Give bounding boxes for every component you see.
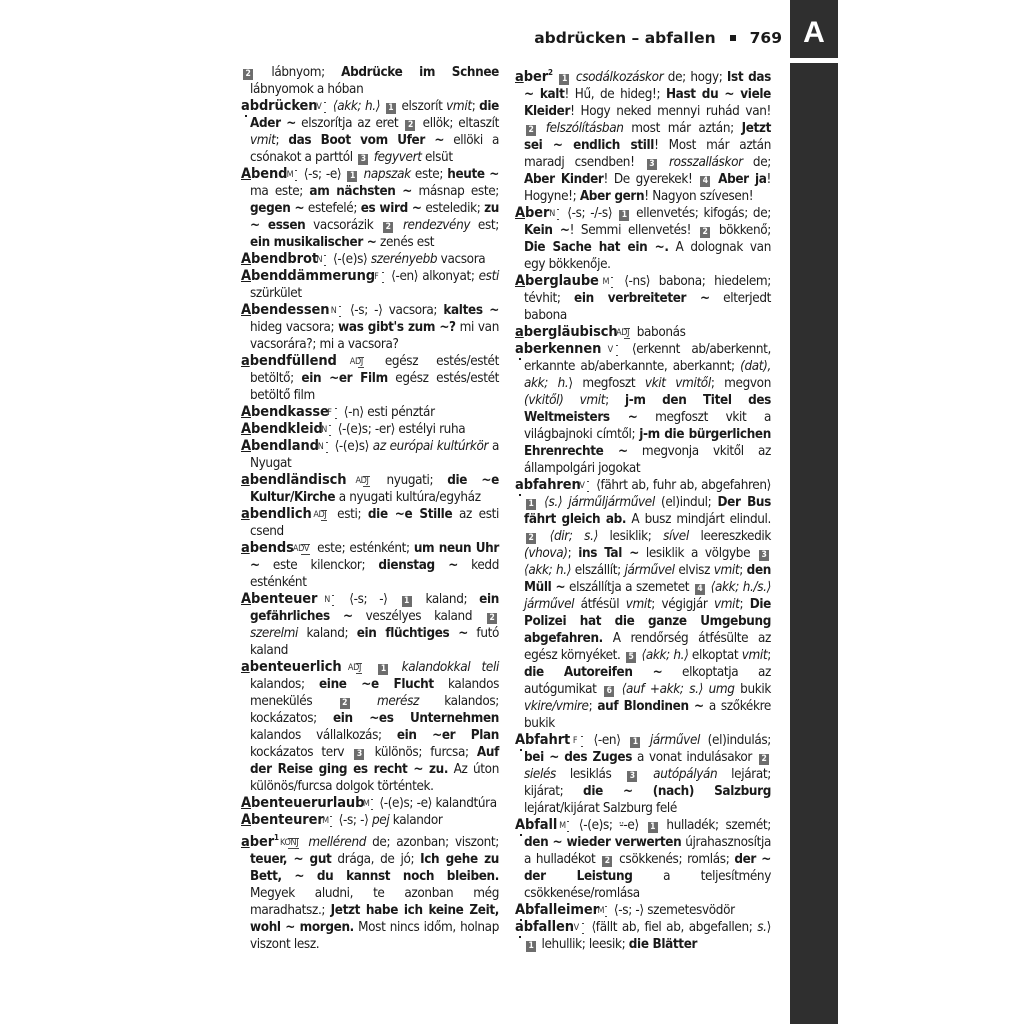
thumb-tab-letter: A (790, 16, 838, 50)
headword: abendfüllend (241, 353, 337, 369)
usage-label: ⟨auf +akk; s.⟩ umg (622, 682, 735, 697)
usage-label: esti (479, 269, 499, 284)
example-phrase: auf Blondinen ~ (597, 699, 703, 714)
definition-text: ⟨-s; -⟩ vacsora; (350, 303, 443, 318)
headword: abenteuerlich (241, 659, 342, 675)
definition-text (395, 218, 403, 233)
usage-label: az európai kultúrkör (373, 439, 488, 454)
stress-mark: a (241, 834, 250, 850)
definition-text: bökkenő; (712, 223, 771, 238)
headword-text: bendbrot (251, 251, 318, 267)
headword: abfallen (515, 919, 574, 935)
part-of-speech-label: N (324, 255, 326, 266)
definition-text: zenés est (377, 235, 435, 250)
sense-number-icon: 1 (619, 210, 629, 221)
stress-mark: a (241, 506, 250, 522)
stress-mark: A (241, 404, 251, 420)
sense-number-icon: 3 (354, 749, 364, 760)
dictionary-entry: Aber N ⟨-s; -/-s⟩ 1 ellenvetés; kifogás;… (515, 205, 771, 273)
definition-text: estefelé; (304, 201, 361, 216)
stress-mark: A (515, 205, 525, 221)
headword: abdrücken (241, 98, 317, 114)
usage-label: kalandokkal teli (402, 660, 499, 675)
example-phrase: ein ~es Unternehmen (333, 711, 499, 726)
example-phrase: Abdrücke im Schnee (341, 65, 499, 80)
definition-text: most már aztán; (624, 121, 742, 136)
definition-text: ⟩ (767, 920, 771, 935)
definition-text: másnap este; (412, 184, 499, 199)
example-phrase: ein ~er Film (301, 371, 387, 386)
example-phrase: den ~ wieder verwerten (524, 835, 681, 850)
usage-label: fegyvert (374, 150, 422, 165)
sense-number-icon: 1 (559, 74, 569, 85)
stress-mark: a (241, 353, 250, 369)
definition-text: ; (740, 597, 750, 612)
usage-label: rosszalláskor (669, 155, 743, 170)
headword-text: bendessen (251, 302, 329, 318)
stress-mark: A (515, 273, 525, 289)
dictionary-entry: aberkennen V ⟨erkennt ab/aberkennt, erka… (515, 341, 771, 477)
headword-text: bfallen (524, 919, 574, 935)
example-phrase: ein flüchtiges ~ (357, 626, 468, 641)
dictionary-entry: abfahren V ⟨fährt ab, fuhr ab, abgefahre… (515, 477, 771, 732)
definition-text: ⟩ megfoszt (568, 376, 645, 391)
sense-number-icon: 4 (695, 584, 705, 595)
headword: abendländisch (241, 472, 346, 488)
stress-mark: A (241, 438, 251, 454)
stress-mark: a (515, 341, 524, 357)
definition-text: elvisz (675, 563, 714, 578)
definition-text: lejárat/kijárat Salzburg felé (524, 801, 677, 816)
sense-number-icon: 5 (626, 652, 636, 663)
sense-number-icon: 3 (627, 771, 637, 782)
usage-label: napszak (364, 167, 411, 182)
dictionary-entry: Abendkleid N ⟨-(e)s; -er⟩ estélyi ruha (241, 421, 499, 438)
dictionary-entry: Abfalleimer M ⟨-s; -⟩ szemetesvödör (515, 902, 771, 919)
dictionary-entry: abenteuerlich ADJ 1 kalandokkal teli kal… (241, 659, 499, 795)
headword: Abenteuer (241, 591, 317, 607)
headword-text: benddämmerung (251, 268, 375, 284)
part-of-speech-label: V (616, 345, 618, 356)
definition-text: ⟨fällt ab, fiel ab, abgefallen; (591, 920, 757, 935)
definition-text: lehullik; leesik; (538, 937, 629, 952)
definition-text: ⟨-(e)s⟩ (335, 439, 373, 454)
dictionary-entry: abfallen V ⟨fällt ab, fiel ab, abgefalle… (515, 919, 771, 953)
definition-text: ; (767, 648, 771, 663)
page-number: 769 (750, 29, 782, 47)
usage-label: ⟨dir; s.⟩ (550, 529, 598, 544)
homonym-number: 2 (548, 68, 553, 77)
headword-text: bendkleid (251, 421, 323, 437)
headword: Aber (515, 205, 549, 221)
example-phrase: die Autoreifen ~ (524, 665, 662, 680)
definition-text: lesiklik a völgybe (639, 546, 757, 561)
definition-text (538, 121, 546, 136)
part-of-speech-label: N (332, 595, 334, 606)
headword-text: benteuerlich (250, 659, 342, 675)
headword: abergläubisch (515, 324, 618, 340)
stress-mark: A (241, 421, 251, 437)
example-phrase: ein ~er Plan (397, 728, 499, 743)
definition-text: A busz mindjárt elindul. (626, 512, 771, 527)
definition-text: csökkenés; romlás; (614, 852, 734, 867)
stress-mark: A (241, 166, 251, 182)
left-column: 2 lábnyom; Abdrücke im Schnee lábnyomok … (241, 64, 499, 953)
example-phrase: Aber ja (718, 172, 766, 187)
definition-text: drága, de jó; (331, 852, 420, 867)
dictionary-entry: Aberglaube M ⟨-ns⟩ babona; hiedelem; tév… (515, 273, 771, 324)
definition-text: elszállít; (571, 563, 624, 578)
example-phrase: die Blätter (629, 937, 697, 952)
definition-text: lábnyomok a hóban (250, 82, 363, 97)
right-column: aber2 1 csodálkozáskor de; hogy; Ist das… (515, 64, 771, 953)
usage-label: vmit (250, 133, 276, 148)
headword: Abfahrt (515, 732, 570, 748)
dictionary-entry: 2 lábnyom; Abdrücke im Schnee lábnyomok … (241, 64, 499, 98)
usage-label: vkit vmitől (645, 376, 711, 391)
definition-text: elsüt (422, 150, 453, 165)
example-phrase: die ~e Stille (368, 507, 452, 522)
headword-text: berglaube (525, 273, 599, 289)
usage-label: merész (377, 694, 419, 709)
stress-mark: a (241, 659, 250, 675)
example-phrase: gegen ~ (250, 201, 304, 216)
definition-text: lesiklás (556, 767, 625, 782)
definition-text: ⟨-s; -⟩ szemetesvödör (614, 903, 735, 918)
headword-text: bend (251, 166, 287, 182)
usage-label: (vhova) (524, 546, 568, 561)
definition-text: de; azonban; viszont; (366, 835, 499, 850)
example-phrase: was gibt's zum ~? (338, 320, 456, 335)
part-of-speech-label: M (605, 906, 607, 917)
usage-label: felszólításban (546, 121, 624, 136)
usage-label: vmit (626, 597, 652, 612)
headword-text: ber (250, 834, 274, 850)
part-of-speech-label: ADJ (321, 510, 327, 521)
part-of-speech-label: M (295, 170, 297, 181)
definition-text: ⟨-(e)s⟩ (333, 252, 371, 267)
stress-mark: a (241, 472, 250, 488)
example-phrase: Die Sache hat ein ~. (524, 240, 669, 255)
part-of-speech-label: ADJ (358, 357, 364, 368)
dictionary-entry: abends ADV este; esténként; um neun Uhr … (241, 540, 499, 591)
usage-label: sielés (524, 767, 556, 782)
usage-label: ⟨s.⟩ járműljárművel (544, 495, 655, 510)
definition-text: elszorítja az eret (296, 116, 404, 131)
headword: aberkennen (515, 341, 601, 357)
definition-text: elkoptat (688, 648, 741, 663)
definition-text: vacsora (437, 252, 485, 267)
dictionary-entry: abdrücken V ⟨akk; h.⟩ 1 elszorít vmit; d… (241, 98, 499, 166)
definition-text: leereszkedik (689, 529, 771, 544)
usage-label: szerelmi (250, 626, 298, 641)
definition-text: kaland; (298, 626, 357, 641)
part-of-speech-label: ADJ (624, 328, 630, 339)
usage-label: rendezvény (403, 218, 470, 233)
sense-number-icon: 3 (647, 159, 657, 170)
headword: abends (241, 540, 294, 556)
running-head-title: abdrücken – abfallen (534, 29, 715, 47)
definition-text: ! Hű, de hideg!; (565, 87, 666, 102)
part-of-speech-label: M (330, 816, 332, 827)
stress-mark: A (241, 268, 251, 284)
part-of-speech-label: V (587, 481, 589, 492)
headword: Abendbrot (241, 251, 318, 267)
definition-text: kockázatos terv (250, 745, 352, 760)
definition-text: est; (470, 218, 499, 233)
dictionary-entry: Abendkasse F ⟨-n⟩ esti pénztár (241, 404, 499, 421)
part-of-speech-label: N (339, 306, 341, 317)
dictionary-entry: abendländisch ADJ nyugati; die ~e Kultur… (241, 472, 499, 506)
headword-text: benteurer (251, 812, 324, 828)
stress-mark: A (515, 902, 525, 918)
dictionary-entry: Abenteuer N ⟨-s; -⟩ 1 kaland; ein gefähr… (241, 591, 499, 659)
example-phrase: ein verbreiteter ~ (574, 291, 710, 306)
example-phrase: bei ~ des Zuges (524, 750, 632, 765)
part-of-speech-label: M (567, 821, 569, 832)
definition-text: ; (472, 99, 479, 114)
part-of-speech-label: ADV (301, 544, 310, 555)
dictionary-entry: Abenddämmerung F ⟨-en⟩ alkonyat; esti sz… (241, 268, 499, 302)
definition-text: ⟨-n⟩ esti pénztár (344, 405, 435, 420)
example-phrase: am nächsten ~ (309, 184, 412, 199)
definition-text: ⟨fährt ab, fuhr ab, abgefahren⟩ (596, 478, 771, 493)
sense-number-icon: 2 (405, 120, 415, 131)
headword-text: bfalleimer (525, 902, 599, 918)
definition-text: ⟨-s; -⟩ (339, 813, 372, 828)
usage-label: járművel (625, 563, 675, 578)
dictionary-entry: aber1 KONJ mellérend de; azonban; viszon… (241, 829, 499, 953)
headword-text: bergläubisch (524, 324, 618, 340)
definition-text: ⟨-s; -e⟩ (304, 167, 346, 182)
definition-text: átfésül (574, 597, 626, 612)
definition-text: esteledik; (422, 201, 484, 216)
usage-label: vmit (714, 563, 740, 578)
sense-number-icon: 1 (630, 737, 640, 748)
example-phrase: heute ~ (447, 167, 499, 182)
headword-text: bendländisch (250, 472, 347, 488)
definition-text: elszállítja a szemetet (565, 580, 693, 595)
definition-text: ⟨-(e)s; -er⟩ estélyi ruha (338, 422, 466, 437)
part-of-speech-label: ADJ (356, 663, 362, 674)
headword-text: bfall (525, 817, 557, 833)
definition-text: vacsorázik (305, 218, 381, 233)
definition-text: ellök; eltaszít (417, 116, 499, 131)
definition-text: bukik (735, 682, 771, 697)
homonym-number: 1 (274, 833, 279, 842)
definition-text: ; (568, 546, 579, 561)
definition-text: ! Nagyon szívesen! (644, 189, 753, 204)
thumb-index-tab: A (790, 0, 838, 1024)
headword: aber1 (241, 834, 279, 850)
definition-text: kalandos vállalkozás; (250, 728, 397, 743)
example-phrase: ins Tal ~ (578, 546, 639, 561)
headword-text: berkennen (524, 341, 602, 357)
sense-number-icon: 4 (700, 176, 710, 187)
headword: Abenddämmerung (241, 268, 375, 284)
definition-text: ! Hogy neked mennyi ruhád van! (570, 104, 771, 119)
headword: Abendkasse (241, 404, 329, 420)
example-phrase: teuer, ~ gut (250, 852, 331, 867)
definition-text: ; (605, 393, 625, 408)
definition-text: (el)indulás; (700, 733, 771, 748)
definition-text: babonás (637, 325, 686, 340)
definition-text (639, 767, 653, 782)
part-of-speech-label: ADJ (363, 476, 369, 487)
headword: abendlich (241, 506, 312, 522)
usage-label: szerényebb (371, 252, 437, 267)
example-phrase: das Boot vom Ufer ~ (288, 133, 444, 148)
definition-text: különös; furcsa; (366, 745, 477, 760)
headword: abfahren (515, 477, 581, 493)
usage-label: autópályán (653, 767, 717, 782)
stress-mark: a (515, 477, 524, 493)
example-phrase: eine ~e Flucht (319, 677, 434, 692)
definition-text: a vonat indulásakor (632, 750, 757, 765)
part-of-speech-label: F (581, 736, 583, 747)
dictionary-entry: Abenteuerurlaub M ⟨-(e)s; -e⟩ kalandtúra (241, 795, 499, 812)
definition-text: este; (411, 167, 447, 182)
headword: Abenteurer (241, 812, 324, 828)
definition-text: kalandor (389, 813, 442, 828)
stress-mark: a (241, 98, 250, 114)
stress-mark: a (515, 919, 524, 935)
usage-label: járművel (650, 733, 700, 748)
headword-text: bdrücken (250, 98, 318, 114)
usage-label: csodálkozáskor (576, 70, 663, 85)
dictionary-entry: aber2 1 csodálkozáskor de; hogy; Ist das… (515, 64, 771, 205)
definition-text: este; esténként; (317, 541, 414, 556)
usage-label: ⟨akk; h.⟩ (524, 563, 571, 578)
part-of-speech-label: N (329, 425, 331, 436)
part-of-speech-label: F (382, 272, 384, 283)
sense-number-icon: 2 (487, 613, 497, 624)
headword-text: ber (525, 205, 549, 221)
definition-text: ma este; (250, 184, 309, 199)
headword-text: bfahren (524, 477, 581, 493)
definition-text: ⟨-s; -/-s⟩ (567, 206, 617, 221)
stress-mark: a (241, 540, 250, 556)
sense-number-icon: 2 (340, 698, 350, 709)
stress-mark: A (515, 732, 525, 748)
example-phrase: Aber gern (580, 189, 644, 204)
headword: Abfalleimer (515, 902, 599, 918)
definition-text: nyugati; (387, 473, 448, 488)
headword-text: benteuerurlaub (251, 795, 364, 811)
part-of-speech-label: F (335, 408, 337, 419)
dictionary-entry: Abfall M ⟨-(e)s; ⸚-e⟩ 1 hulladék; szemét… (515, 817, 771, 902)
definition-text: ⟨-(e)s; -e⟩ kalandtúra (379, 796, 496, 811)
example-phrase: Kein ~ (524, 223, 570, 238)
stress-mark: A (515, 817, 525, 833)
headword-text: bendfüllend (250, 353, 337, 369)
definition-text (352, 694, 377, 709)
sense-number-icon: 1 (386, 103, 396, 114)
definition-text: ! Semmi ellenvetés! (570, 223, 698, 238)
example-phrase: kaltes ~ (443, 303, 499, 318)
usage-label: vmit (742, 648, 768, 663)
usage-label: vkire/vmire (524, 699, 589, 714)
sense-number-icon: 2 (759, 754, 769, 765)
part-of-speech-label: N (326, 442, 328, 453)
usage-label: vmit (714, 597, 740, 612)
usage-label: s. (757, 920, 766, 935)
usage-label: mellérend (308, 835, 366, 850)
sense-number-icon: 6 (604, 686, 614, 697)
headword: Aberglaube (515, 273, 599, 289)
definition-text: (el)indul; (655, 495, 718, 510)
headword: Abendland (241, 438, 319, 454)
part-of-speech-label: N (557, 209, 559, 220)
usage-label: pej (372, 813, 389, 828)
example-phrase: es wird ~ (361, 201, 422, 216)
part-of-speech-label: M (371, 799, 373, 810)
definition-text: esti; (337, 507, 368, 522)
definition-text: szürkület (250, 286, 302, 301)
stress-mark: a (515, 69, 524, 85)
usage-label: vmit (446, 99, 472, 114)
sense-number-icon: 3 (358, 154, 368, 165)
definition-text (538, 529, 550, 544)
headword-text: bendlich (250, 506, 312, 522)
usage-label: sível (663, 529, 689, 544)
definition-text: ⟨-en⟩ alkonyat; (391, 269, 479, 284)
definition-text: ; (739, 563, 746, 578)
headword: Abendkleid (241, 421, 323, 437)
headword: Abendessen (241, 302, 329, 318)
headword: Abfall (515, 817, 557, 833)
sense-number-icon: 1 (378, 664, 388, 675)
definition-text: hideg vacsora; (250, 320, 338, 335)
definition-text: ; (276, 133, 289, 148)
definition-text: este kilenckor; (260, 558, 379, 573)
sense-number-icon: 1 (347, 171, 357, 182)
stress-mark: a (515, 324, 524, 340)
dictionary-entry: Abenteurer M ⟨-s; -⟩ pej kalandor (241, 812, 499, 829)
definition-text: ⟨-(e)s; ⸚-e⟩ (579, 818, 646, 833)
dictionary-entry: Abendbrot N ⟨-(e)s⟩ szerényebb vacsora (241, 251, 499, 268)
definition-text: ellenvetés; kifogás; de; (631, 206, 771, 221)
sense-number-icon: 1 (526, 499, 536, 510)
sense-number-icon: 1 (648, 822, 658, 833)
headword: Abend (241, 166, 287, 182)
headword: Abenteuerurlaub (241, 795, 364, 811)
example-phrase: ein musikalischer ~ (250, 235, 377, 250)
definition-text: ; végigjár (651, 597, 714, 612)
headword-text: bfahrt (525, 732, 570, 748)
part-of-speech-label: KONJ (288, 838, 299, 849)
dictionary-entry: abendlich ADJ esti; die ~e Stille az est… (241, 506, 499, 540)
definition-text (642, 733, 650, 748)
example-phrase: die ~ (nach) Salzburg (583, 784, 771, 799)
stress-mark: A (241, 795, 251, 811)
usage-label: (vkitől) vmit (524, 393, 605, 408)
definition-text: veszélyes kaland (353, 609, 485, 624)
headword-text: bendkasse (251, 404, 329, 420)
sense-number-icon: 2 (700, 227, 710, 238)
running-header: abdrücken – abfallen 769 (520, 26, 782, 50)
dictionary-entry: abergläubisch ADJ babonás (515, 324, 771, 341)
sense-number-icon: 2 (602, 856, 612, 867)
sense-number-icon: 2 (526, 533, 536, 544)
headword-text: bends (250, 540, 294, 556)
definition-text: elszorít (398, 99, 446, 114)
definition-text: ! De gyerekek! (604, 172, 699, 187)
thumb-tab-divider (790, 58, 838, 63)
part-of-speech-label: V (324, 102, 326, 113)
definition-text: kalandos; (250, 677, 319, 692)
headword-text: benteuer (251, 591, 317, 607)
